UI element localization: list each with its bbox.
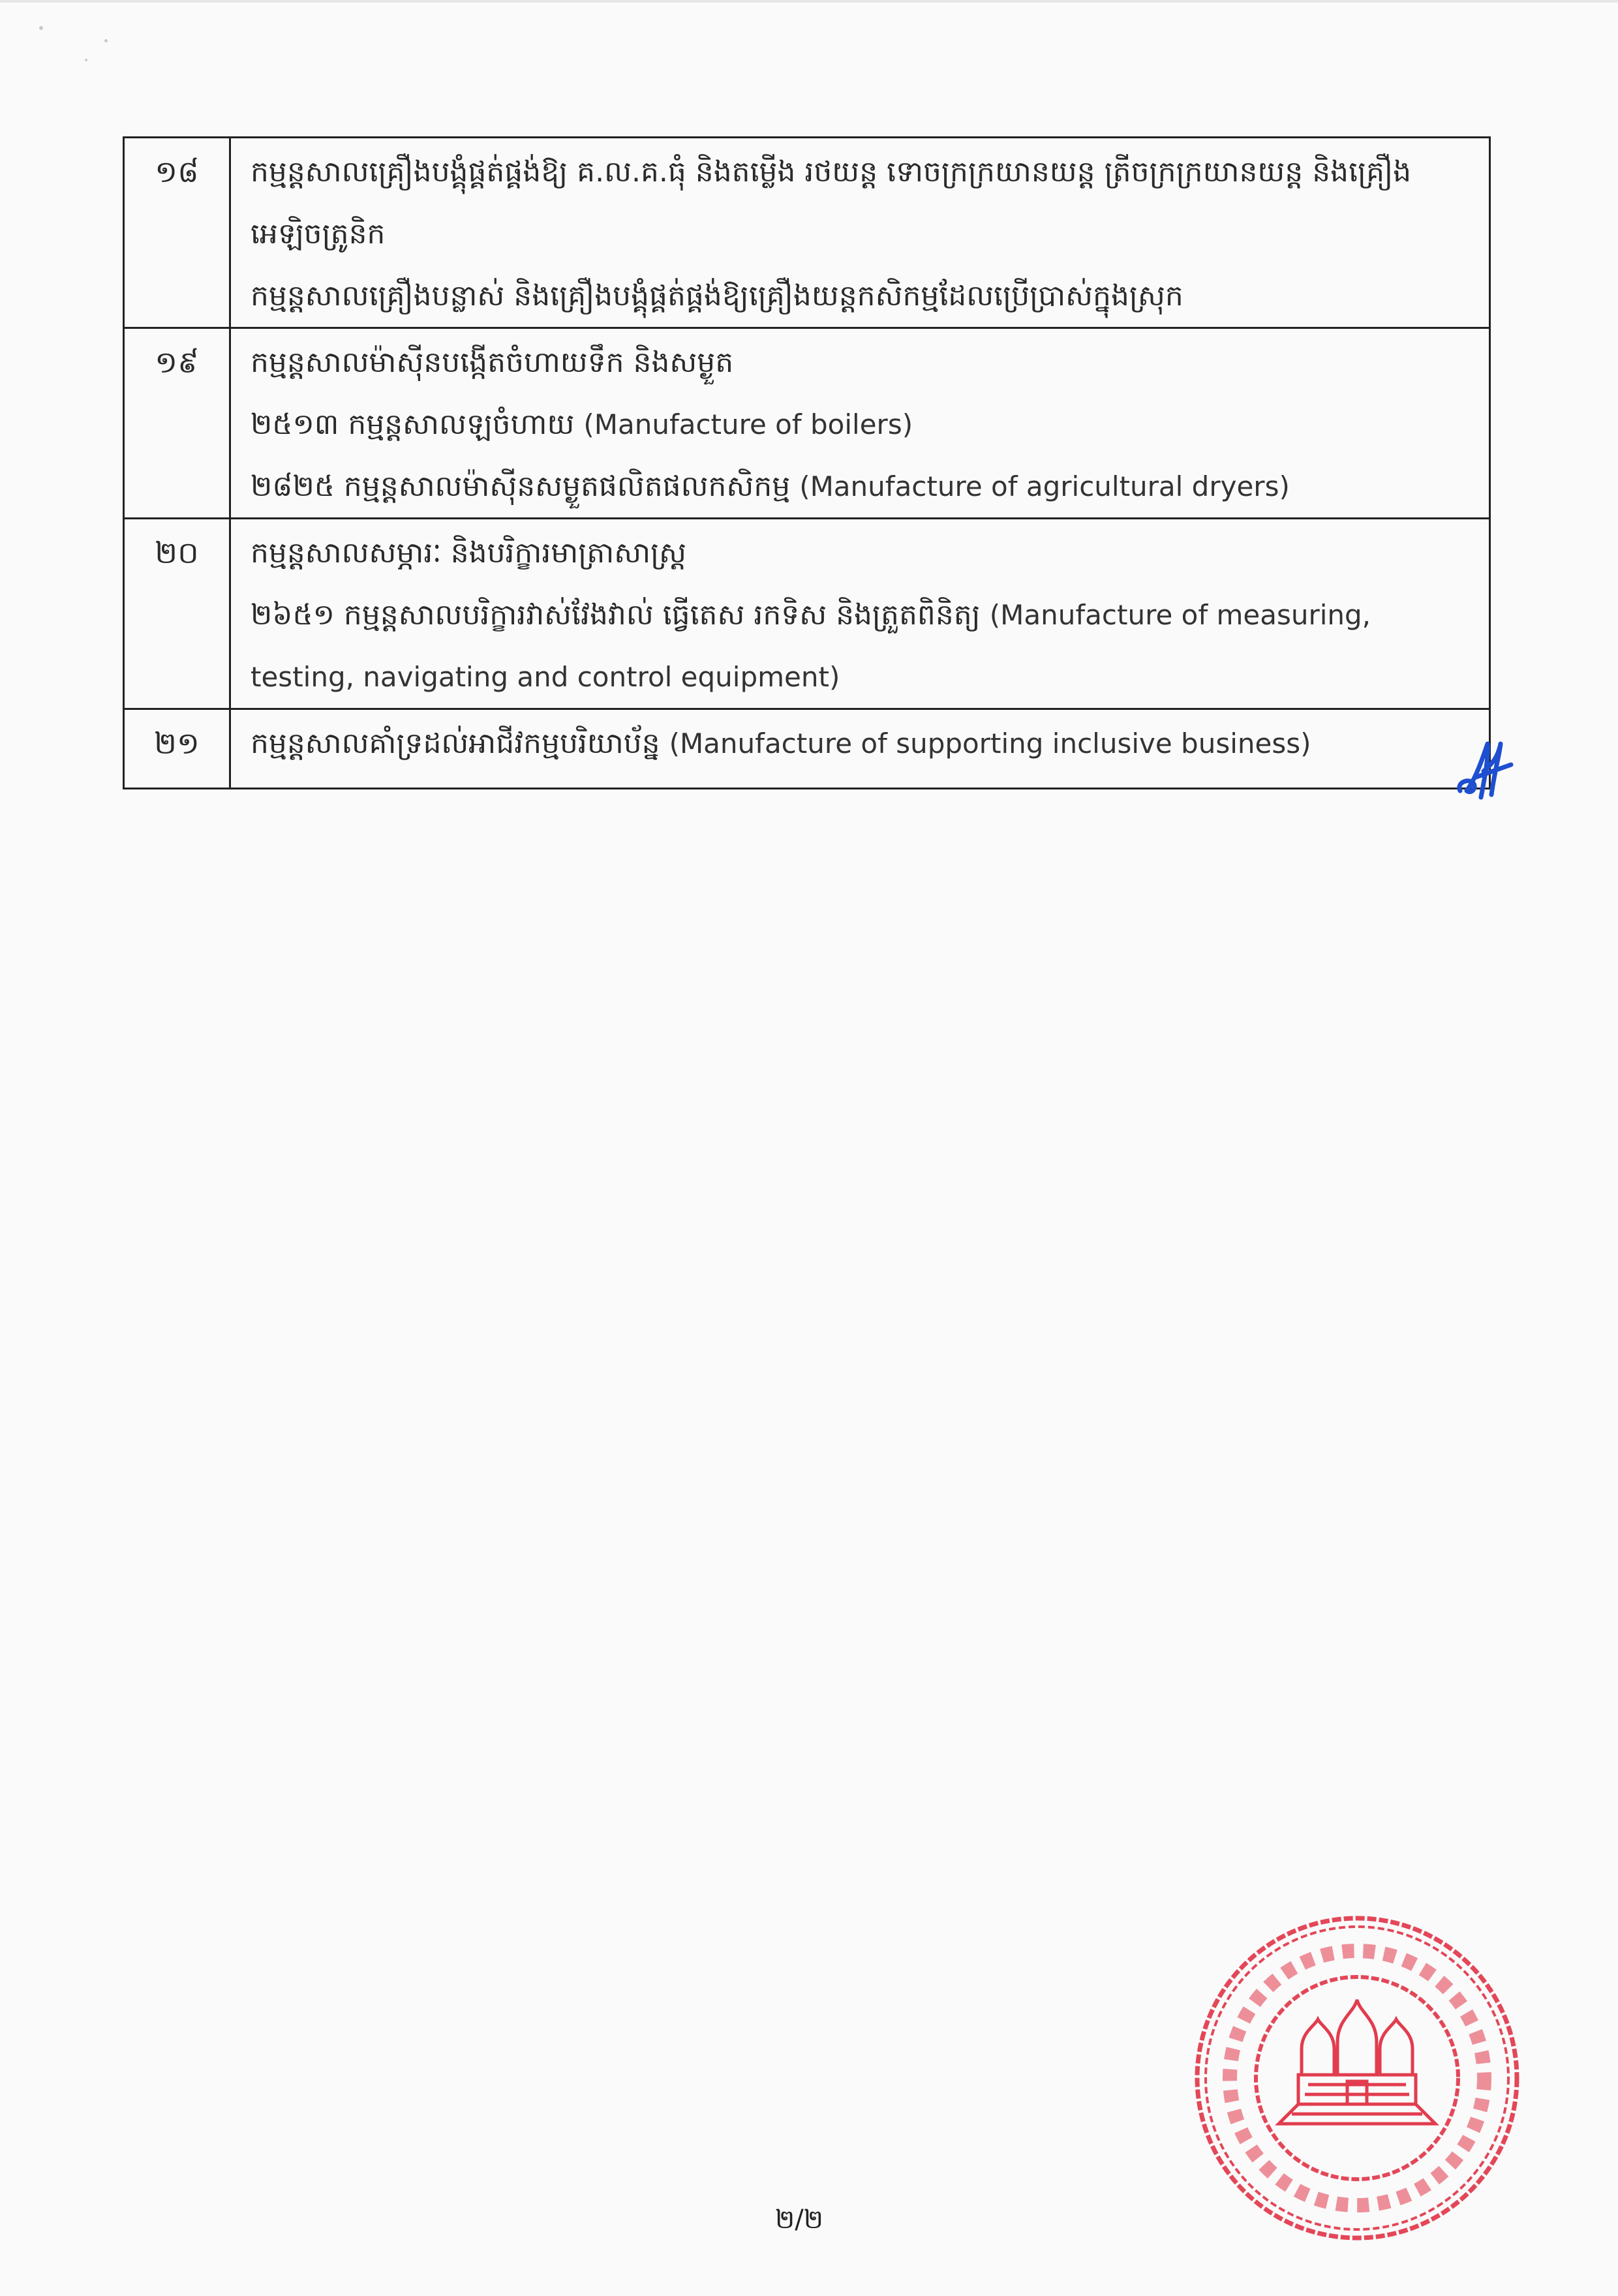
khmer-text: កម្មន្តសាលឡចំហាយ bbox=[348, 408, 574, 441]
description-line: ២៥១៣កម្មន្តសាលឡចំហាយ (Manufacture of boi… bbox=[251, 393, 1476, 455]
table-row: ២១ កម្មន្តសាលគាំទ្រដល់អាជីវកម្មបរិយាប័ន្… bbox=[124, 709, 1490, 789]
page-top-edge bbox=[0, 0, 1618, 3]
description-line: កម្មន្តសាលម៉ាស៊ីនបង្កើតចំហាយទឹក និងសម្ងួ… bbox=[251, 331, 1476, 393]
activity-code: ២៦៥១ bbox=[251, 598, 335, 632]
khmer-text: កម្មន្តសាលគ្រឿងបន្លាស់ និងគ្រឿងបង្គុំផ្គ… bbox=[251, 279, 1183, 313]
scan-speck bbox=[104, 39, 108, 42]
english-text: (Manufacture of boilers) bbox=[583, 408, 913, 440]
english-text: (Manufacture of supporting inclusive bus… bbox=[669, 727, 1311, 759]
activity-code: ២៥១៣ bbox=[251, 408, 339, 441]
khmer-text: កម្មន្តសាលបរិក្ខារវាស់វែងវាល់ ធ្វើតេស រក… bbox=[344, 598, 981, 632]
row-number: ១៩ bbox=[124, 328, 230, 519]
handwritten-signature-icon bbox=[1455, 718, 1514, 803]
description-line: ២៦៥១កម្មន្តសាលបរិក្ខារវាស់វែងវាល់ ធ្វើតេ… bbox=[251, 584, 1476, 708]
table-row: ១៩ កម្មន្តសាលម៉ាស៊ីនបង្កើតចំហាយទឹក និងសម… bbox=[124, 328, 1490, 519]
row-number: ២០ bbox=[124, 519, 230, 709]
khmer-text: កម្មន្តសាលម៉ាស៊ីនបង្កើតចំហាយទឹក និងសម្ងួ… bbox=[251, 346, 733, 379]
description-line: កម្មន្តសាលសម្ភារៈ និងបរិក្ខារមាត្រាសាស្ត… bbox=[251, 522, 1476, 584]
row-description: កម្មន្តសាលសម្ភារៈ និងបរិក្ខារមាត្រាសាស្ត… bbox=[230, 519, 1490, 709]
scan-speck bbox=[85, 59, 87, 61]
description-line: កម្មន្តសាលគាំទ្រដល់អាជីវកម្មបរិយាប័ន្ន (… bbox=[251, 712, 1476, 774]
khmer-text: កម្មន្តសាលគាំទ្រដល់អាជីវកម្មបរិយាប័ន្ន bbox=[251, 727, 660, 760]
table-row: ២០ កម្មន្តសាលសម្ភារៈ និងបរិក្ខារមាត្រាសា… bbox=[124, 519, 1490, 709]
official-seal-temple-icon bbox=[1187, 1908, 1527, 2248]
row-number: ១៨ bbox=[124, 138, 230, 328]
page-number: ២/២ bbox=[775, 2203, 823, 2241]
row-description: កម្មន្តសាលគាំទ្រដល់អាជីវកម្មបរិយាប័ន្ន (… bbox=[230, 709, 1490, 789]
row-number: ២១ bbox=[124, 709, 230, 789]
khmer-text: កម្មន្តសាលសម្ភារៈ និងបរិក្ខារមាត្រាសាស្ត… bbox=[251, 536, 686, 570]
khmer-text: កម្មន្តសាលម៉ាស៊ីនសម្ងួតផលិតផលកសិកម្ម bbox=[344, 470, 790, 503]
english-text: (Manufacture of agricultural dryers) bbox=[799, 470, 1290, 502]
description-line: កម្មន្តសាលគ្រឿងបង្គុំផ្គត់ផ្គង់ឱ្យ គ.ល.គ… bbox=[251, 141, 1476, 265]
scan-speck bbox=[39, 26, 43, 30]
row-description: កម្មន្តសាលម៉ាស៊ីនបង្កើតចំហាយទឹក និងសម្ងួ… bbox=[230, 328, 1490, 519]
description-line: ២៨២៥កម្មន្តសាលម៉ាស៊ីនសម្ងួតផលិតផលកសិកម្ម… bbox=[251, 455, 1476, 517]
row-description: កម្មន្តសាលគ្រឿងបង្គុំផ្គត់ផ្គង់ឱ្យ គ.ល.គ… bbox=[230, 138, 1490, 328]
table-row: ១៨ កម្មន្តសាលគ្រឿងបង្គុំផ្គត់ផ្គង់ឱ្យ គ.… bbox=[124, 138, 1490, 328]
khmer-text: កម្មន្តសាលគ្រឿងបង្គុំផ្គត់ផ្គង់ឱ្យ គ.ល.គ… bbox=[251, 155, 1411, 251]
activity-table: ១៨ កម្មន្តសាលគ្រឿងបង្គុំផ្គត់ផ្គង់ឱ្យ គ.… bbox=[123, 136, 1491, 789]
activity-code: ២៨២៥ bbox=[251, 470, 335, 503]
description-line: កម្មន្តសាលគ្រឿងបន្លាស់ និងគ្រឿងបង្គុំផ្គ… bbox=[251, 265, 1476, 327]
